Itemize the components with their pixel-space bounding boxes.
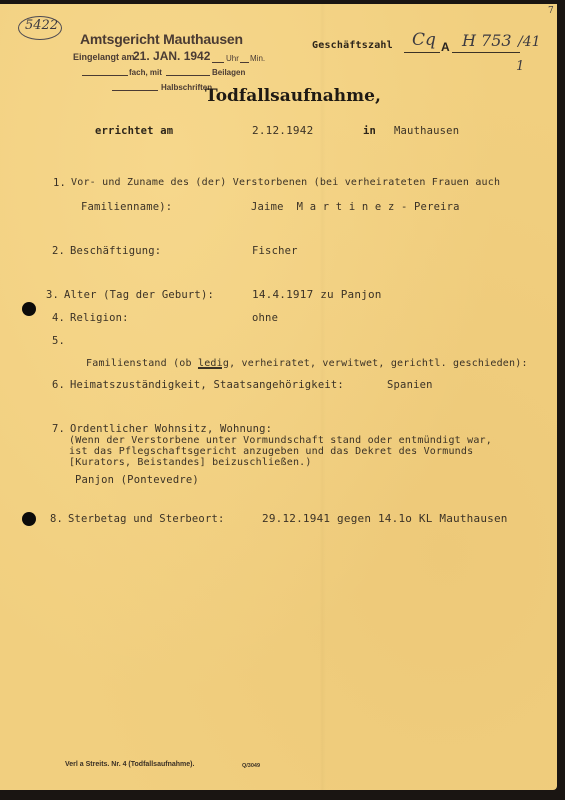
case-number-handwritten: H 753 — [462, 31, 512, 50]
field-1-value: Jaime M a r t i n e z - Pereira — [251, 201, 460, 213]
field-6-number: 6. — [52, 379, 65, 391]
case-number-handwritten-prefix: Cq — [412, 30, 436, 50]
field-1-label: Vor- und Zuname des (der) Verstorbenen (… — [71, 177, 500, 188]
handwritten-mark: 1 — [516, 59, 524, 74]
place-value: Mauthausen — [394, 125, 459, 137]
field-6-value: Spanien — [387, 379, 433, 391]
marital-status-underlined: ledig — [198, 358, 229, 369]
print-code: Q/3049 — [242, 763, 260, 769]
stamp-minute-label: Min. — [250, 54, 265, 63]
punch-hole — [22, 512, 36, 526]
stamp-blank-line — [82, 75, 128, 76]
field-7-label: Ordentlicher Wohnsitz, Wohnung: — [70, 423, 272, 435]
stamp-received-date: 21. JAN. 1942 — [133, 49, 210, 63]
field-4-number: 4. — [52, 312, 65, 324]
field-3-number: 3. — [46, 289, 59, 301]
field-2-label: Beschäftigung: — [70, 245, 161, 257]
document-title: Todfallsaufnahme, — [205, 86, 381, 106]
field-8-number: 8. — [50, 513, 63, 525]
field-1-number: 1. — [53, 177, 66, 189]
case-number-suffix: /41 — [518, 34, 541, 50]
form-footer-text: Verl a Streits. Nr. 4 (Todfallsaufnahme)… — [65, 761, 194, 768]
stamp-blank-line — [166, 75, 210, 76]
field-7-note-line-1: (Wenn der Verstorbene unter Vormundschaf… — [69, 435, 492, 446]
field-3-value: 14.4.1917 zu Panjon — [252, 288, 382, 301]
field-7-value: Panjon (Pontevedre) — [75, 474, 199, 486]
place-label: in — [363, 125, 376, 137]
case-number-type: A — [441, 40, 450, 54]
case-number-underline — [452, 52, 520, 53]
archive-number: 5422 — [25, 18, 58, 33]
document-page: 5422 Amtsgericht Mauthausen Eingelangt a… — [0, 4, 557, 790]
field-7-note-line-2: ist das Pflegschaftsgericht anzugeben un… — [69, 446, 473, 457]
field-4-label: Religion: — [70, 312, 129, 324]
stamp-copies-label: fach, mit — [129, 68, 162, 77]
field-3-label: Alter (Tag der Geburt): — [64, 289, 214, 301]
case-number-label: Geschäftszahl — [312, 40, 393, 51]
field-4-value: ohne — [252, 312, 278, 324]
stamp-blank-line — [240, 62, 249, 63]
corner-page-number: 7 — [548, 6, 554, 16]
punch-hole — [22, 302, 36, 316]
created-label: errichtet am — [95, 125, 173, 137]
field-2-value: Fischer — [252, 245, 298, 257]
field-7-note-line-3: [Kurators, Beistandes] beizuschließen.) — [69, 457, 312, 468]
field-5-number: 5. — [52, 335, 65, 347]
field-8-label: Sterbetag und Sterbeort: — [68, 513, 225, 525]
field-7-number: 7. — [52, 423, 65, 435]
field-2-number: 2. — [52, 245, 65, 257]
field-6-label: Heimatszuständigkeit, Staatsangehörigkei… — [70, 379, 344, 391]
stamp-blank-line — [212, 62, 224, 63]
case-number-underline — [404, 52, 440, 53]
field-1-label-cont: Familienname): — [81, 201, 172, 213]
stamp-hour-label: Uhr — [226, 54, 239, 63]
stamp-attachments-label: Beilagen — [212, 68, 245, 77]
field-8-value: 29.12.1941 gegen 14.1o KL Mauthausen — [262, 512, 508, 525]
stamp-received-label: Eingelangt am — [73, 52, 135, 62]
stamp-court-name: Amtsgericht Mauthausen — [80, 31, 243, 47]
stamp-blank-line — [112, 90, 158, 91]
created-date: 2.12.1942 — [252, 124, 313, 137]
